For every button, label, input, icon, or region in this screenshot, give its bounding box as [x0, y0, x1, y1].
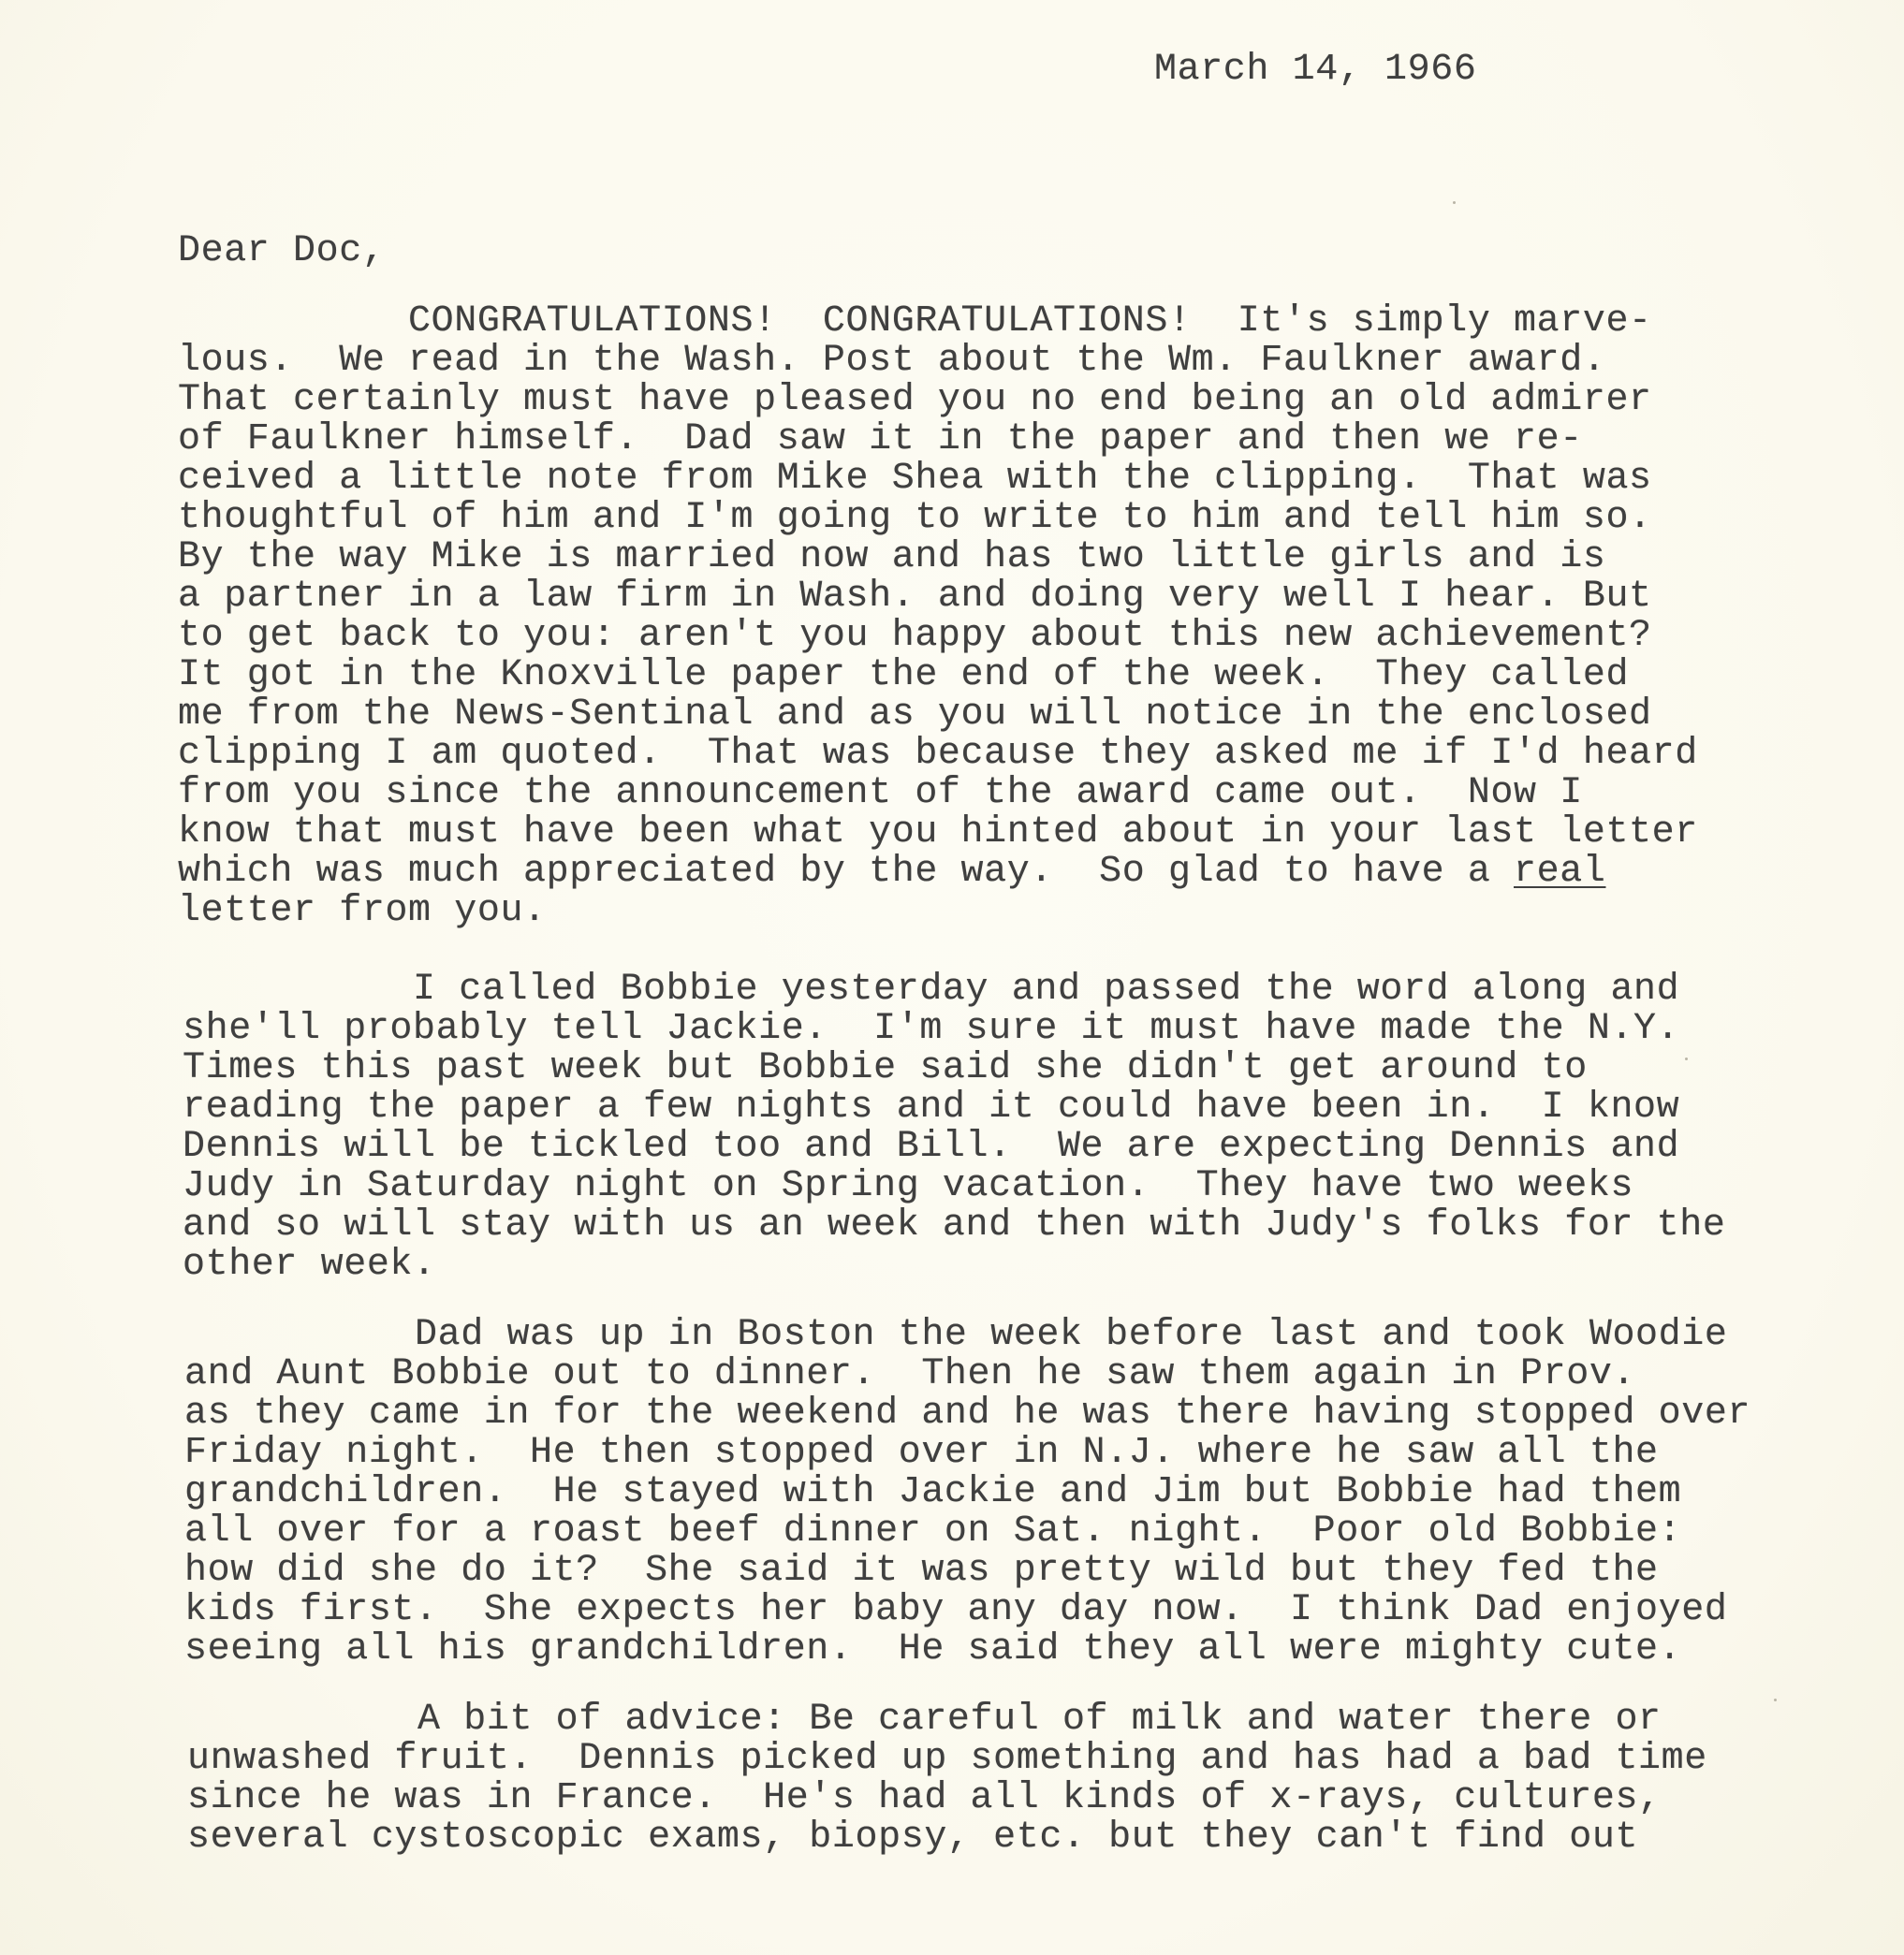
text-line: By the way Mike is married now and has t… — [178, 537, 1605, 578]
text-line: reading the paper a few nights and it co… — [183, 1087, 1679, 1129]
text-line: Judy in Saturday night on Spring vacatio… — [183, 1166, 1633, 1207]
text-line: letter from you. — [178, 891, 547, 932]
text-line: as they came in for the weekend and he w… — [184, 1393, 1750, 1435]
text-line: me from the News-Sentinal and as you wil… — [178, 694, 1652, 736]
text-segment: which was much appreciated by the way. S… — [178, 851, 1514, 893]
paper-speck — [1774, 1699, 1777, 1701]
text-line: a partner in a law firm in Wash. and doi… — [178, 576, 1652, 618]
text-line: she'll probably tell Jackie. I'm sure it… — [183, 1009, 1679, 1050]
text-line: ceived a little note from Mike Shea with… — [178, 459, 1652, 500]
text-line: several cystoscopic exams, biopsy, etc. … — [187, 1817, 1638, 1859]
letter-page: March 14, 1966 Dear Doc, CONGRATULATIONS… — [0, 0, 1904, 1955]
paper-speck — [1453, 201, 1456, 204]
text-line: That certainly must have pleased you no … — [178, 380, 1652, 421]
letter-date: March 14, 1966 — [1154, 50, 1476, 91]
text-line: of Faulkner himself. Dad saw it in the p… — [178, 419, 1583, 460]
text-line: I called Bobbie yesterday and passed the… — [183, 970, 1679, 1011]
text-line: and Aunt Bobbie out to dinner. Then he s… — [184, 1354, 1635, 1395]
paper-speck — [1685, 1058, 1688, 1060]
text-line: CONGRATULATIONS! CONGRATULATIONS! It's s… — [178, 301, 1652, 343]
text-line: clipping I am quoted. That was because t… — [178, 734, 1698, 775]
text-line: It got in the Knoxville paper the end of… — [178, 655, 1629, 696]
text-line: other week. — [183, 1245, 436, 1286]
text-line: and so will stay with us an week and the… — [183, 1205, 1725, 1247]
text-line: thoughtful of him and I'm going to write… — [178, 498, 1652, 539]
text-line: grandchildren. He stayed with Jackie and… — [184, 1472, 1681, 1513]
text-line: all over for a roast beef dinner on Sat.… — [184, 1511, 1681, 1553]
text-line: kids first. She expects her baby any day… — [184, 1590, 1727, 1631]
underlined-word: real — [1514, 851, 1605, 893]
text-line: Dennis will be tickled too and Bill. We … — [183, 1127, 1679, 1168]
text-line: Friday night. He then stopped over in N.… — [184, 1433, 1659, 1474]
text-line: which was much appreciated by the way. S… — [178, 852, 1605, 893]
text-line: A bit of advice: Be careful of milk and … — [187, 1700, 1662, 1741]
text-line: unwashed fruit. Dennis picked up somethi… — [187, 1739, 1707, 1780]
text-line: from you since the announcement of the a… — [178, 773, 1583, 814]
text-line: Times this past week but Bobbie said she… — [183, 1048, 1588, 1089]
text-line: since he was in France. He's had all kin… — [187, 1778, 1662, 1819]
text-line: lous. We read in the Wash. Post about th… — [178, 341, 1605, 382]
text-line: know that must have been what you hinted… — [178, 812, 1698, 853]
text-line: seeing all his grandchildren. He said th… — [184, 1629, 1681, 1671]
salutation: Dear Doc, — [178, 231, 385, 272]
text-line: Dad was up in Boston the week before las… — [184, 1315, 1727, 1356]
text-line: to get back to you: aren't you happy abo… — [178, 616, 1652, 657]
text-line: how did she do it? She said it was prett… — [184, 1551, 1659, 1592]
